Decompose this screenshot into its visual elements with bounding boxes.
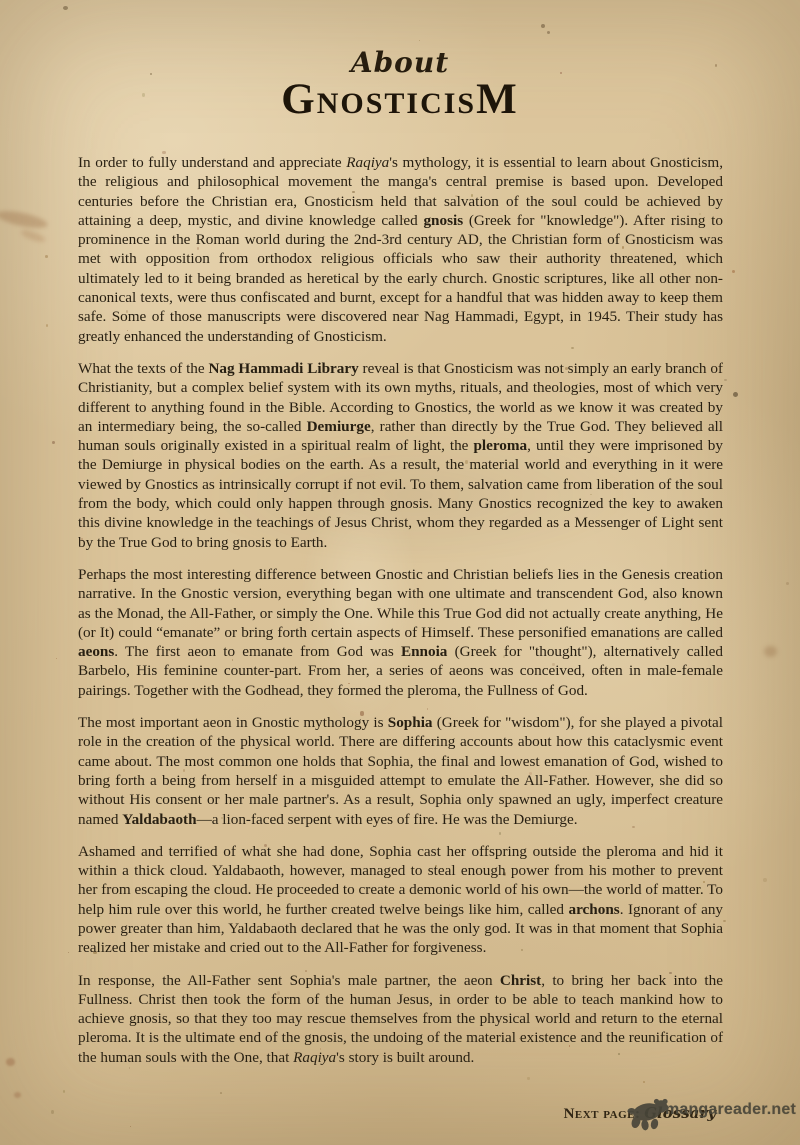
text-segment: Raqiya [346,154,389,171]
paragraph: In order to fully understand and appreci… [78,153,723,346]
text-segment: In response, the All-Father sent Sophia'… [78,972,500,989]
text-segment: aeons [78,643,114,660]
paper-speck [63,1090,65,1093]
paper-stain [547,31,550,34]
paper-speck [763,878,766,882]
paper-speck [51,1110,54,1114]
paper-stain [541,24,545,28]
article: In order to fully understand and appreci… [78,153,723,1080]
paragraph: The most important aeon in Gnostic mytho… [78,713,723,829]
paper-speck [723,920,726,922]
text-segment: —a lion-faced serpent with eyes of fire.… [197,811,578,828]
page-title: About GnosticisM [0,48,800,122]
paragraph: Ashamed and terrified of what she had do… [78,842,723,958]
text-segment: archons [569,901,620,918]
paper-speck [724,379,727,382]
text-segment: 's story is built around. [336,1049,474,1066]
page-title-pre: About [0,48,800,78]
text-segment: Yaldabaoth [122,811,196,828]
paper-stain [63,6,68,10]
text-segment: pleroma [473,437,527,454]
site-watermark: mangareader.net [625,1095,796,1138]
text-segment: . The first aeon to emanate from God was [114,643,401,660]
text-segment: Ennoia [401,643,447,660]
paper-speck [130,1126,131,1127]
text-segment: Perhaps the most interesting difference … [78,566,723,641]
text-segment: , until they were imprisoned by the Demi… [78,437,723,550]
paper-speck [732,270,735,273]
paper-stain [6,1058,15,1066]
paragraph: In response, the All-Father sent Sophia'… [78,971,723,1067]
text-segment: In order to fully understand and appreci… [78,154,346,171]
paper-speck [52,441,55,444]
paper-speck [220,1092,222,1094]
paper-stain [14,1092,21,1098]
watermark-site-text: mangareader.net [665,1095,796,1125]
scanned-manga-page: About GnosticisM In order to fully under… [0,0,800,1145]
paper-stain [0,208,49,232]
text-segment: Raqiya [293,1049,336,1066]
paper-stain [19,228,46,244]
text-segment: The most important aeon in Gnostic mytho… [78,714,388,731]
text-segment: (Greek for "knowledge"). After rising to… [78,212,723,345]
paper-speck [56,658,58,659]
text-segment: Sophia [388,714,433,731]
paragraph: Perhaps the most interesting difference … [78,565,723,700]
text-segment: Demiurge [307,418,371,435]
page-title-word: GnosticisM [0,78,800,122]
paper-stain [764,646,777,657]
text-segment: Christ [500,972,541,989]
text-segment: gnosis [423,212,463,229]
paper-speck [786,582,789,585]
paper-speck [419,40,420,41]
paper-speck [643,1081,645,1083]
paper-speck [45,255,48,258]
paper-stain [733,392,738,397]
text-segment: Nag Hammadi Library [208,360,358,377]
paragraph: What the texts of the Nag Hammadi Librar… [78,359,723,552]
paper-speck [68,952,69,953]
text-segment: What the texts of the [78,360,208,377]
paper-speck [46,324,48,327]
